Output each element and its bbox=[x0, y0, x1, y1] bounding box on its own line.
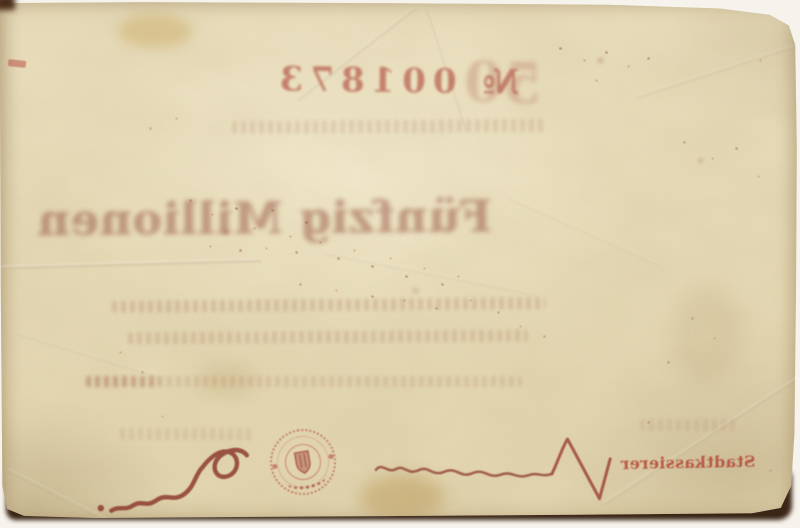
crease-line bbox=[507, 196, 664, 268]
illegible-bleed-line bbox=[640, 419, 736, 431]
cashier-title-bleed: Stadtkassierer bbox=[610, 448, 766, 477]
stain-spot bbox=[118, 14, 192, 48]
official-seal-stamp-bleed bbox=[265, 424, 341, 500]
illegible-bleed-line bbox=[112, 297, 546, 313]
headline-bleed: Fünfzig Millionen bbox=[44, 170, 485, 266]
denomination-50-bleed: 50 bbox=[447, 38, 560, 128]
right-signature-bleed bbox=[369, 428, 638, 511]
illegible-bleed-line bbox=[232, 119, 544, 134]
left-edge-ink-mark bbox=[8, 59, 27, 68]
corner-shadow bbox=[0, 0, 15, 10]
crease-line bbox=[636, 39, 800, 99]
illegible-bleed-line bbox=[128, 330, 528, 345]
banknote-reverse: № 001873 50 Fünfzig Millionen bbox=[0, 0, 800, 528]
stain-spot bbox=[672, 288, 742, 382]
left-signature-bleed bbox=[78, 436, 266, 528]
photo-background: № 001873 50 Fünfzig Millionen bbox=[0, 0, 800, 528]
illegible-bleed-line bbox=[86, 376, 160, 387]
